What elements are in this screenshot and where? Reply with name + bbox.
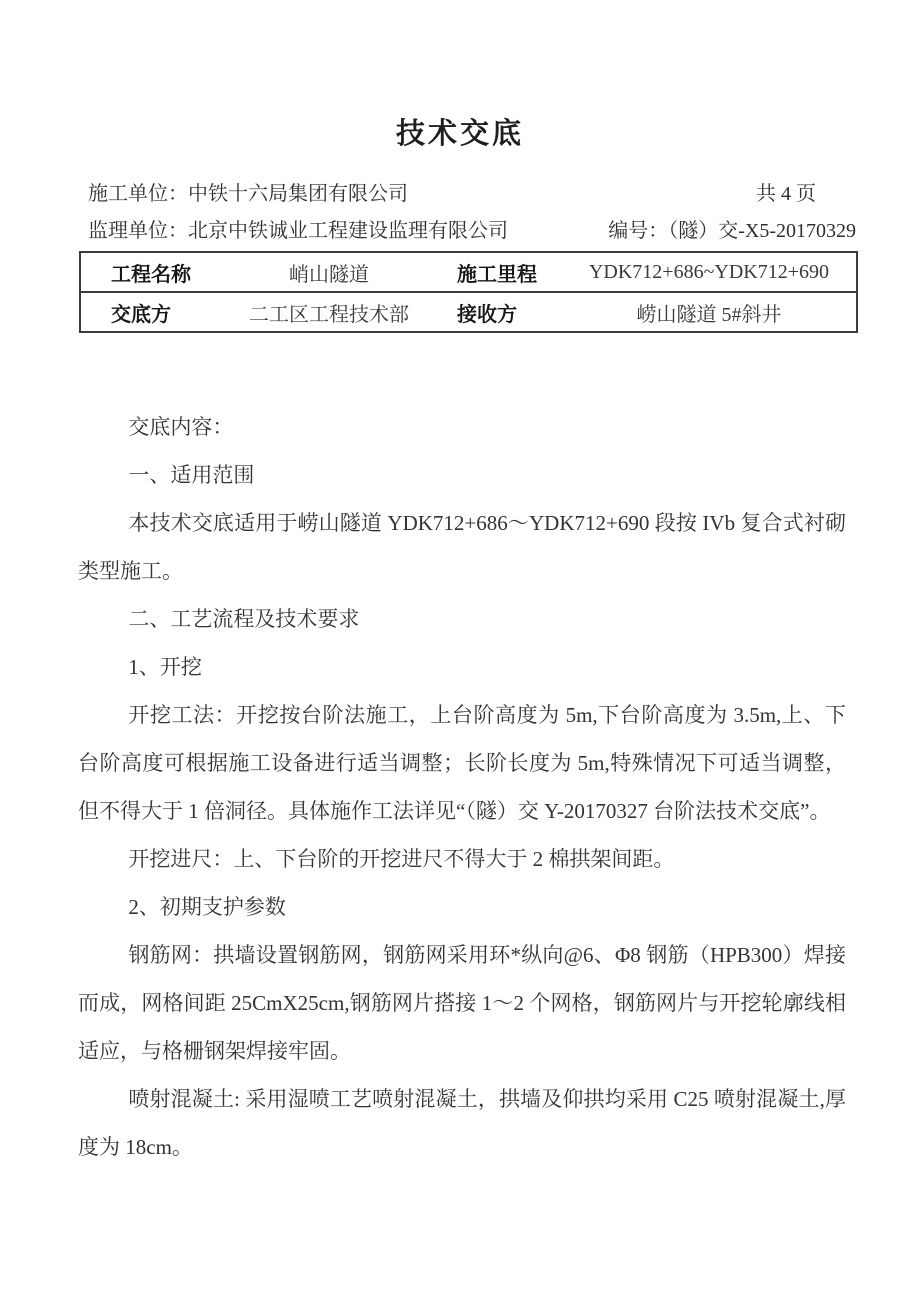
- body-paragraph-section-2-heading: 二、工艺流程及技术要求: [78, 595, 846, 643]
- project-name-label: 工程名称: [80, 252, 231, 292]
- discloser-value: 二工区工程技术部: [231, 292, 427, 332]
- body-paragraph-steel-mesh: 钢筋网：拱墙设置钢筋网，钢筋网采用环*纵向@6、Φ8 钢筋（HPB300）焊接而…: [78, 931, 846, 1075]
- body-paragraph-content-heading: 交底内容：: [78, 403, 846, 451]
- body-paragraph-excavation-footage: 开挖进尺：上、下台阶的开挖进尺不得大于 2 棉拱架间距。: [78, 835, 846, 883]
- receiver-value: 崂山隧道 5#斜井: [562, 292, 857, 332]
- mileage-label: 施工里程: [427, 252, 562, 292]
- document-number-text: 编号：（隧）交-X5-20170329: [608, 219, 856, 243]
- body-paragraph-excavation-method: 开挖工法：开挖按台阶法施工，上台阶高度为 5m,下台阶高度为 3.5m,上、下台…: [78, 691, 846, 835]
- document-title: 技术交底: [0, 0, 920, 152]
- body-paragraph-scope: 本技术交底适用于崂山隧道 YDK712+686〜YDK712+690 段按 IV…: [78, 499, 846, 595]
- supervision-unit-text: 监理单位：北京中铁诚业工程建设监理有限公司: [88, 219, 508, 243]
- discloser-label: 交底方: [80, 292, 231, 332]
- receiver-label: 接收方: [427, 292, 562, 332]
- header-line-supervision: 监理单位：北京中铁诚业工程建设监理有限公司 编号：（隧）交-X5-2017032…: [88, 219, 856, 243]
- project-name-value: 峭山隧道: [231, 252, 427, 292]
- header-line-construction: 施工单位：中铁十六局集团有限公司 共 4 页: [88, 182, 856, 206]
- body-paragraph-shotcrete: 喷射混凝土: 采用湿喷工艺喷射混凝土，拱墙及仰拱均采用 C25 喷射混凝土,厚度…: [78, 1075, 846, 1171]
- mileage-value: YDK712+686~YDK712+690: [562, 252, 857, 292]
- document-body: 交底内容： 一、适用范围 本技术交底适用于崂山隧道 YDK712+686〜YDK…: [0, 403, 920, 1171]
- info-table-row-project: 工程名称 峭山隧道 施工里程 YDK712+686~YDK712+690: [80, 252, 857, 292]
- info-table-row-parties: 交底方 二工区工程技术部 接收方 崂山隧道 5#斜井: [80, 292, 857, 332]
- page-count-text: 共 4 页: [756, 182, 856, 206]
- construction-unit-text: 施工单位：中铁十六局集团有限公司: [88, 182, 408, 206]
- body-paragraph-section-1-heading: 一、适用范围: [78, 451, 846, 499]
- body-paragraph-support-heading: 2、初期支护参数: [78, 883, 846, 931]
- body-paragraph-excavation-heading: 1、开挖: [78, 643, 846, 691]
- document-page: 技术交底 施工单位：中铁十六局集团有限公司 共 4 页 监理单位：北京中铁诚业工…: [0, 0, 920, 1302]
- info-table: 工程名称 峭山隧道 施工里程 YDK712+686~YDK712+690 交底方…: [79, 251, 858, 333]
